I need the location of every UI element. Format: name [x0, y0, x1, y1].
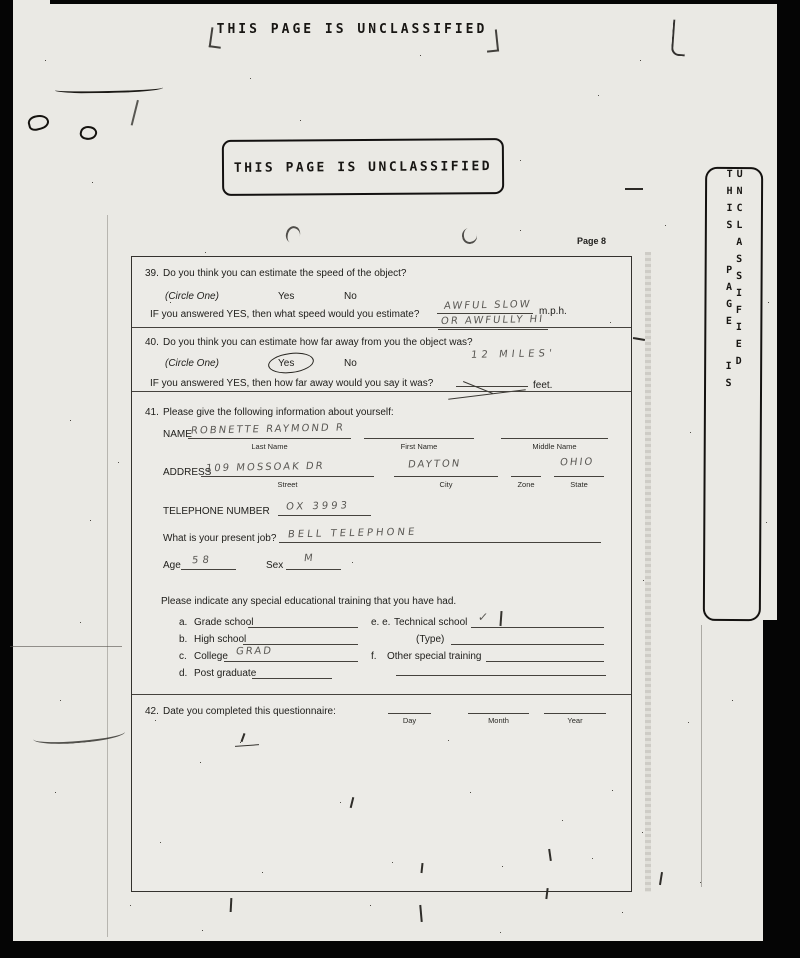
q39-text: Do you think you can estimate the speed … [163, 268, 407, 279]
q42-number: 42. [145, 706, 159, 717]
sex-handwriting: M [303, 553, 317, 564]
classification-stamp-side-box: THIS PAGE IS UNCLASSIFIED [703, 167, 763, 621]
classification-stamp-side-text: THIS PAGE IS UNCLASSIFIED [722, 169, 744, 619]
scratch-mark [241, 733, 245, 742]
name-last-sublabel: Last Name [188, 442, 351, 451]
phone-line [278, 515, 371, 516]
q39-number: 39. [145, 268, 159, 279]
q39-no-option: No [344, 291, 357, 302]
scan-edge-left [0, 0, 13, 946]
classification-stamp-box: THIS PAGE IS UNCLASSIFIED [222, 138, 504, 196]
q40-answer-handwriting: 12 MILES' [470, 348, 556, 361]
sex-line [286, 569, 341, 570]
scratch-mark [548, 849, 551, 861]
scan-edge-top [50, 0, 777, 4]
scan-edge-bottom-right [763, 620, 783, 950]
edu-f-extra-line [396, 675, 606, 676]
edu-b-key: b. [179, 634, 187, 645]
edu-e-key: e. e. [371, 617, 390, 628]
q39-answer-handwriting-line2: OR AWFULLY HI [440, 314, 544, 327]
page-edge-line [701, 625, 702, 887]
fold-line [107, 215, 108, 937]
address-city-handwriting: DAYTON [407, 458, 462, 470]
q39-answer-handwriting-line1: AWFUL SLOW [443, 299, 532, 312]
scan-edge-bottom [0, 941, 800, 958]
name-middle-line [501, 438, 608, 439]
q40-unit-label: feet. [533, 380, 552, 391]
stamp-remnant-mark [461, 227, 479, 245]
questionnaire-form: 39. Do you think you can estimate the sp… [131, 256, 632, 892]
edu-type-label: (Type) [416, 634, 444, 645]
address-city-line [394, 476, 498, 477]
q42-year-sublabel: Year [544, 716, 606, 725]
edu-e-label: Technical school [394, 617, 467, 628]
scratch-mark [350, 797, 354, 808]
scan-grain-band [645, 252, 651, 892]
strike-mark [463, 381, 493, 394]
q42-day-line [388, 713, 431, 714]
scratch-mark [235, 744, 259, 747]
address-street-line [201, 476, 374, 477]
address-zone-line [511, 476, 541, 477]
scratch-mark [633, 337, 645, 341]
scratch-mark [10, 646, 122, 647]
edu-a-line [248, 627, 358, 628]
scanned-questionnaire-page: THIS PAGE IS UNCLASSIFIED THIS PAGE IS U… [0, 0, 800, 958]
edu-e-tick-mark [499, 611, 502, 626]
address-street-sublabel: Street [201, 480, 374, 489]
edu-e-checkmark: ✓ [477, 610, 491, 624]
job-label: What is your present job? [163, 533, 276, 544]
age-handwriting: 58 [191, 555, 213, 566]
address-state-sublabel: State [554, 480, 604, 489]
classification-header-top: THIS PAGE IS UNCLASSIFIED [212, 22, 492, 37]
scratch-mark [625, 188, 643, 190]
stamp-remnant-mark [671, 20, 687, 57]
section-divider [132, 327, 631, 328]
stamp-remnant-mark [117, 96, 139, 125]
stamp-remnant-mark [209, 27, 224, 48]
scan-noise-speckles [0, 0, 1, 1]
edu-b-label: High school [194, 634, 246, 645]
address-state-handwriting: OHIO [559, 457, 595, 469]
edu-a-label: Grade school [194, 617, 253, 628]
edu-f-line [486, 661, 604, 662]
scratch-mark [659, 872, 663, 885]
q42-day-sublabel: Day [378, 716, 441, 725]
name-first-sublabel: First Name [364, 442, 474, 451]
scratch-mark [420, 863, 423, 873]
edu-a-key: a. [179, 617, 187, 628]
scratch-mark [419, 905, 422, 922]
page-number: Page 8 [540, 236, 606, 246]
scratch-mark [230, 898, 232, 912]
section-divider [132, 391, 631, 392]
name-handwriting: ROBNETTE RAYMOND R [190, 422, 345, 436]
edu-f-label: Other special training [387, 651, 482, 662]
q42-month-line [468, 713, 529, 714]
edu-f-key: f. [371, 651, 377, 662]
address-city-sublabel: City [394, 480, 498, 489]
edu-c-line [224, 661, 358, 662]
name-first-line [364, 438, 474, 439]
q39-prompt: IF you answered YES, then what speed wou… [150, 309, 419, 320]
edu-c-label: College [194, 651, 228, 662]
edu-c-key: c. [179, 651, 187, 662]
edu-d-label: Post graduate [194, 668, 256, 679]
phone-label: TELEPHONE NUMBER [163, 506, 270, 517]
education-intro: Please indicate any special educational … [161, 596, 456, 607]
q42-year-line [544, 713, 606, 714]
q42-text: Date you completed this questionnaire: [163, 706, 336, 717]
q39-answer-line2-underline [438, 329, 548, 330]
ink-blot [79, 124, 99, 141]
q39-circle-one-label: (Circle One) [165, 291, 219, 302]
edu-type-line [451, 644, 604, 645]
stamp-remnant-mark [284, 224, 303, 244]
edu-d-line [252, 678, 332, 679]
stamp-remnant-mark [485, 29, 499, 52]
scratch-mark [545, 888, 548, 899]
q40-prompt: IF you answered YES, then how far away w… [150, 378, 433, 389]
name-middle-sublabel: Middle Name [501, 442, 608, 451]
q40-yes-circled-mark [267, 350, 315, 375]
address-state-line [554, 476, 604, 477]
scratch-mark [55, 83, 163, 94]
age-label: Age [163, 560, 181, 571]
q41-text: Please give the following information ab… [163, 407, 394, 418]
q40-answer-line [456, 386, 528, 387]
address-street-handwriting: 109 MOSSOAK DR [205, 461, 325, 474]
address-zone-sublabel: Zone [504, 480, 548, 489]
edu-e-line [471, 627, 604, 628]
edu-d-key: d. [179, 668, 187, 679]
q40-number: 40. [145, 337, 159, 348]
age-line [181, 569, 236, 570]
q40-no-option: No [344, 358, 357, 369]
q40-circle-one-label: (Circle One) [165, 358, 219, 369]
section-divider [132, 694, 631, 695]
name-last-line [188, 438, 351, 439]
job-line [279, 542, 601, 543]
phone-handwriting: OX 3993 [285, 500, 350, 512]
scratch-mark [33, 724, 126, 747]
q40-text: Do you think you can estimate how far aw… [163, 337, 473, 348]
ink-blot [26, 113, 50, 133]
q42-month-sublabel: Month [468, 716, 529, 725]
q39-yes-option: Yes [278, 291, 294, 302]
q41-number: 41. [145, 407, 159, 418]
edu-c-handwriting: GRAD [235, 646, 273, 658]
edu-b-line [243, 644, 358, 645]
sex-label: Sex [266, 560, 283, 571]
classification-stamp-text: THIS PAGE IS UNCLASSIFIED [234, 159, 492, 176]
job-handwriting: BELL TELEPHONE [287, 527, 418, 541]
